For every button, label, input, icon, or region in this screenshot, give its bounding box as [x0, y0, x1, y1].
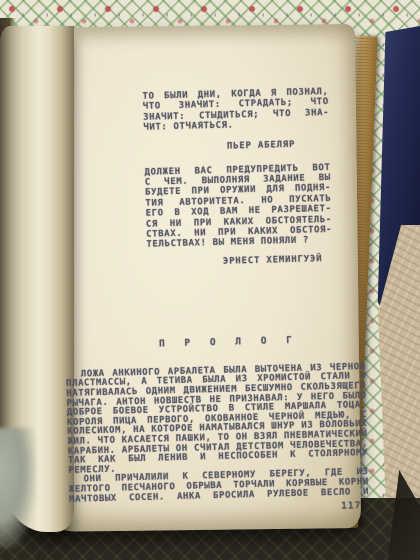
book-photo: ТО БЫЛИ ДНИ, КОГДА Я ПОЗНАЛ, ЧТО ЗНАЧИТ:… — [0, 0, 420, 560]
chapter-heading: П Р О Л О Г — [159, 333, 365, 349]
body-text: ЛОЖА АНКИНОГО АРБАЛЕТА БЫЛА ВЫТОЧЕНА ИЗ … — [66, 363, 369, 505]
epigraph-attribution-abelard: ПЬЕР АБЕЛЯР — [227, 138, 360, 151]
blurred-foreground-object — [0, 428, 36, 548]
epigraph-abelard: ТО БЫЛИ ДНИ, КОГДА Я ПОЗНАЛ, ЧТО ЗНАЧИТ:… — [142, 87, 329, 133]
epigraph-hemingway: ДОЛЖЕН ВАС ПРЕДУПРЕДИТЬ ВОТ С ЧЕМ. ВЫПОЛ… — [144, 163, 332, 251]
typewritten-text: ТО БЫЛИ ДНИ, КОГДА Я ПОЗНАЛ, ЧТО ЗНАЧИТ:… — [58, 86, 369, 519]
epigraph-attribution-hemingway: ЭРНЕСТ ХЕМИНГУЭЙ — [223, 253, 363, 267]
